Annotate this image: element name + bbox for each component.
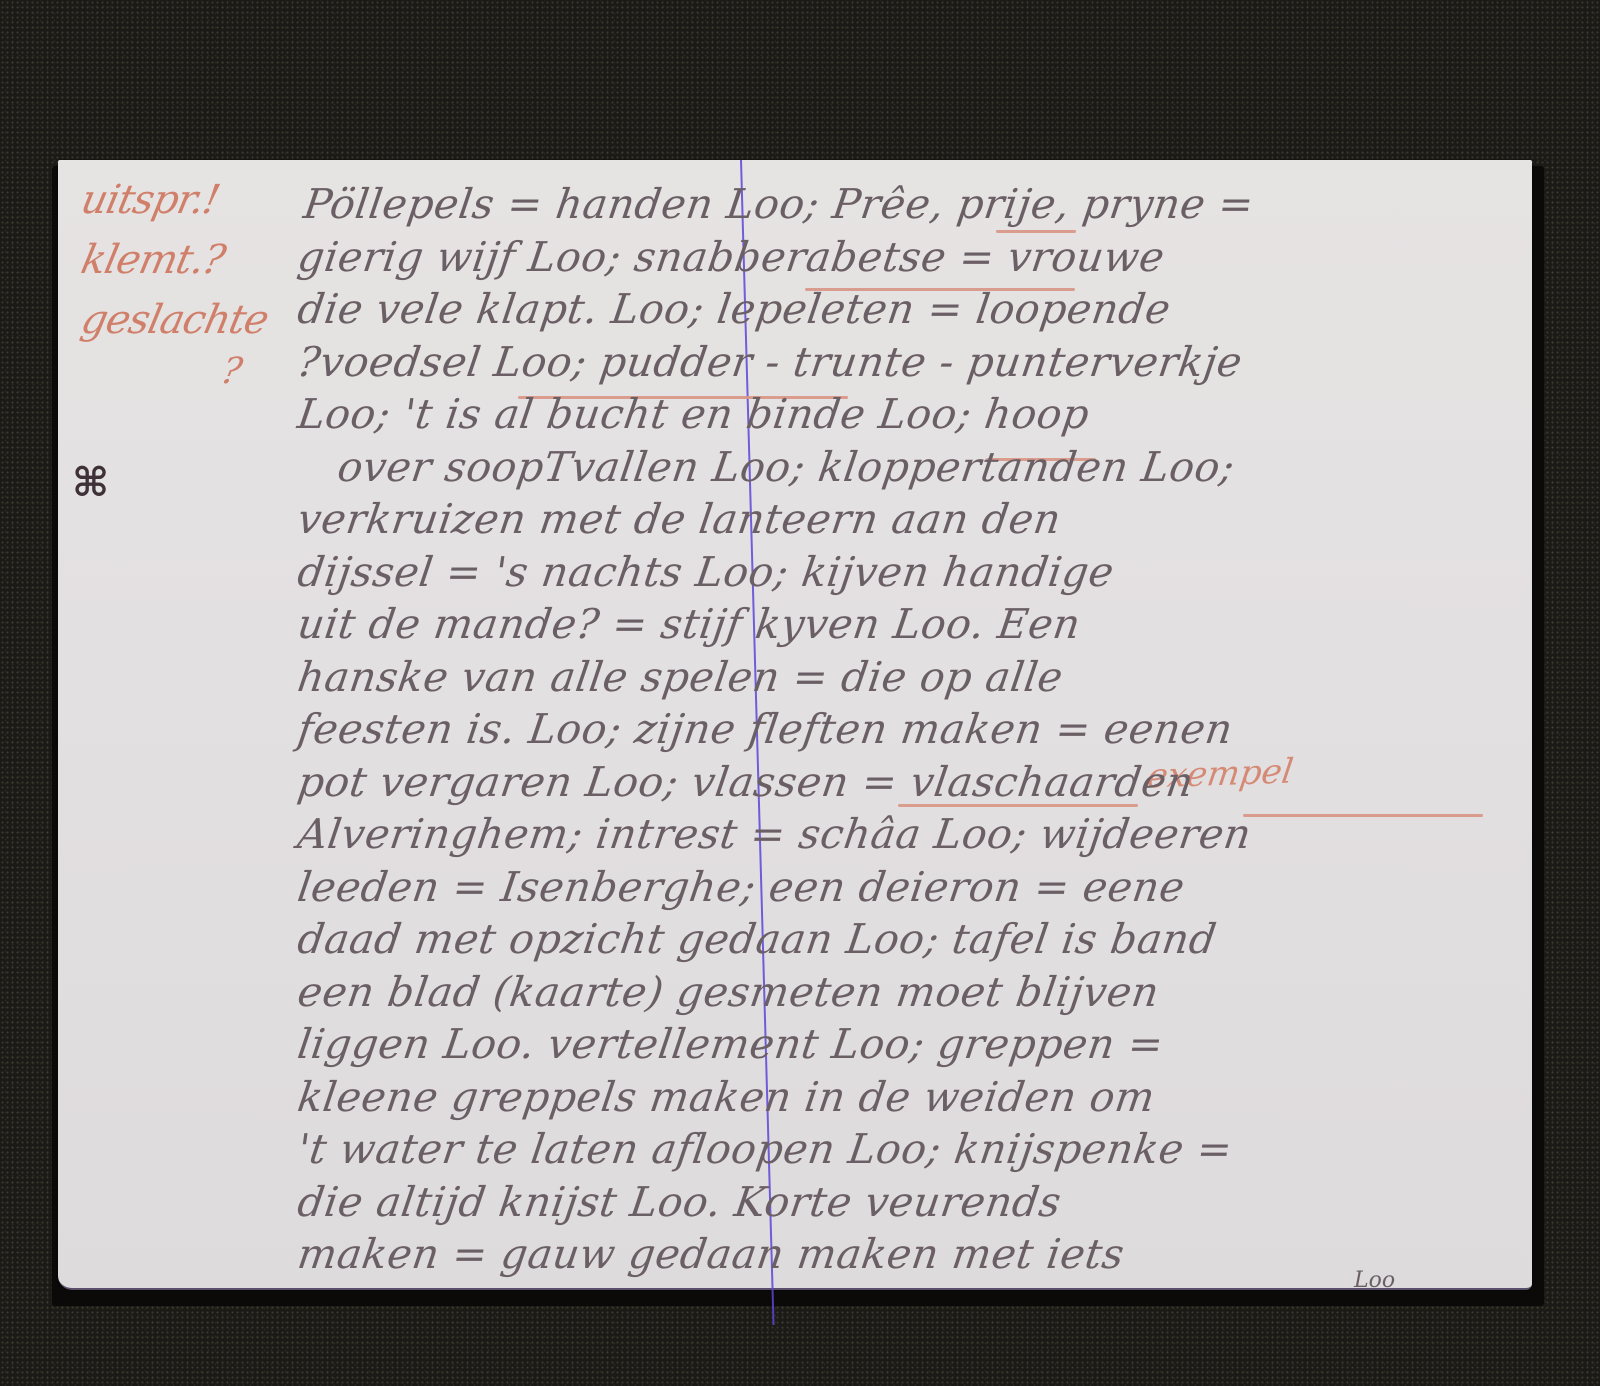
text-line-6: over soopTvallen Loo; kloppertanden Loo;: [294, 441, 1521, 494]
text-line-3: die vele klapt. Loo; lepeleten = loopend…: [294, 283, 1521, 336]
margin-note-3: geslachte: [78, 300, 287, 340]
text-line-2: gierig wijf Loo; snabberabetse = vrouwe: [294, 231, 1521, 284]
text-line-8: dijssel = 's nachts Loo; kijven handige: [294, 546, 1521, 599]
paper-sheet: uitspr.! klemt.? geslachte ? ⌘ exempel L…: [58, 160, 1532, 1290]
text-line-16: een blad (kaarte) gesmeten moet blijven: [294, 966, 1521, 1019]
margin-note-1: uitspr.!: [78, 180, 287, 220]
text-line-7: verkruizen met de lanteern aan den: [294, 493, 1521, 546]
text-line-21: maken = gauw gedaan maken met iets: [294, 1228, 1521, 1281]
text-line-10: hanske van alle spelen = die op alle: [294, 651, 1521, 704]
margin-notes: uitspr.! klemt.? geslachte ?: [82, 180, 282, 410]
text-line-5: Loo; 't is al bucht en binde Loo; hoop: [294, 388, 1521, 441]
text-line-1: Pöllepels = handen Loo; Prêe, prije, pry…: [294, 178, 1521, 231]
text-line-11: feesten is. Loo; zijne fleften maken = e…: [294, 703, 1521, 756]
text-line-20: die altijd knijst Loo. Korte veurends: [294, 1176, 1521, 1229]
margin-note-4: ?: [78, 354, 286, 390]
text-line-18: kleene greppels maken in de weiden om: [294, 1071, 1521, 1124]
text-line-4: ?voedsel Loo; pudder - trunte - punterve…: [294, 336, 1521, 389]
text-line-12: pot vergaren Loo; vlassen = vlaschaarden: [294, 756, 1521, 809]
text-line-17: liggen Loo. vertellement Loo; greppen =: [294, 1018, 1521, 1071]
margin-note-2: klemt.?: [78, 240, 287, 280]
text-line-15: daad met opzicht gedaan Loo; tafel is ba…: [294, 913, 1521, 966]
text-line-19: 't water te laten afloopen Loo; knijspen…: [294, 1123, 1521, 1176]
handwritten-text: Pöllepels = handen Loo; Prêe, prije, pry…: [298, 178, 1518, 1281]
text-line-9: uit de mande? = stijf kyven Loo. Een: [294, 598, 1521, 651]
margin-cross-mark-icon: ⌘: [72, 460, 109, 506]
text-line-14: leeden = Isenberghe; een deieron = eene: [294, 861, 1521, 914]
scanned-document: uitspr.! klemt.? geslachte ? ⌘ exempel L…: [0, 0, 1600, 1386]
text-line-13: Alveringhem; intrest = schâa Loo; wijdee…: [294, 808, 1521, 861]
